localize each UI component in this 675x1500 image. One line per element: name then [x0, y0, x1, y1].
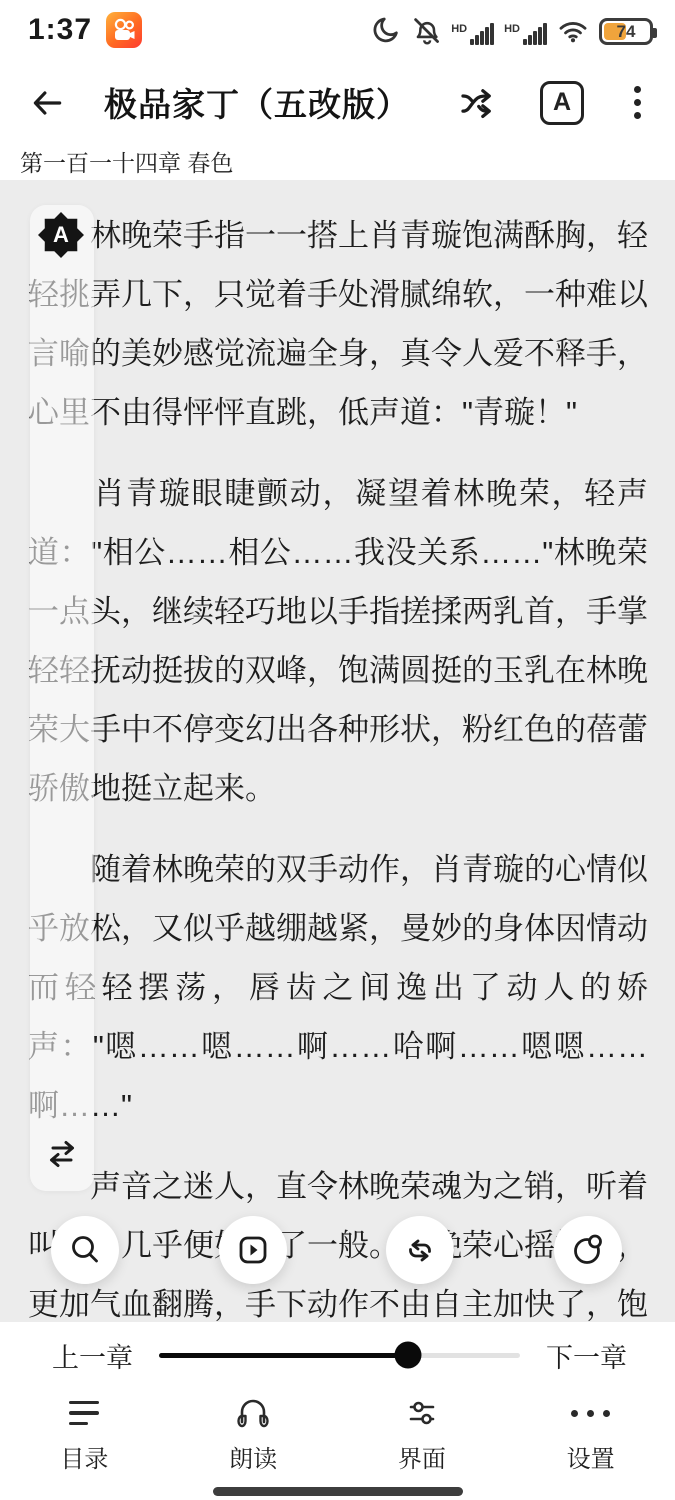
- paragraph: 肖青璇眼睫颤动，凝望着林晚荣，轻声道："相公……相公……我没关系……"林晚荣一点…: [28, 464, 648, 818]
- shuffle-button[interactable]: [456, 82, 498, 124]
- signal-sim2-icon: HD: [504, 23, 547, 45]
- status-bar: 1:37 HD HD: [0, 0, 675, 60]
- badge-letter: A: [38, 212, 84, 258]
- back-arrow-icon: [28, 84, 66, 122]
- clock: 1:37: [28, 13, 92, 47]
- shuffle-icon: [456, 82, 498, 124]
- swap-direction-button[interactable]: [42, 1134, 82, 1174]
- paragraphs: 林晚荣手指一一搭上肖青璇饱满酥胸，轻轻挑弄几下，只觉着手处滑腻绵软，一种难以言喻…: [28, 206, 648, 1322]
- prev-chapter-button[interactable]: 上一章: [52, 1336, 133, 1375]
- nav-item-read-aloud[interactable]: 朗读: [169, 1395, 338, 1474]
- font-a-box-icon: A: [553, 88, 571, 117]
- book-title: 极品家丁（五改版）: [104, 79, 410, 126]
- player-button[interactable]: [219, 1216, 287, 1284]
- player-icon: [233, 1230, 273, 1270]
- reading-area[interactable]: 林晚荣手指一一搭上肖青璇饱满酥胸，轻轻挑弄几下，只觉着手处滑腻绵软，一种难以言喻…: [0, 180, 675, 1322]
- signal-sim1-icon: HD: [451, 23, 494, 45]
- camera-icon: [111, 17, 137, 43]
- chapter-title: 第一百一十四章 春色: [20, 145, 233, 178]
- swap-direction-icon: [42, 1134, 82, 1174]
- next-chapter-button[interactable]: 下一章: [546, 1336, 627, 1375]
- bottom-nav: 目录 朗读: [0, 1395, 675, 1474]
- chapter-navigation: 上一章 下一章: [0, 1322, 675, 1375]
- night-mode-button[interactable]: [554, 1216, 622, 1284]
- side-tool-strip: [30, 205, 94, 1191]
- paragraph: 林晚荣手指一一搭上肖青璇饱满酥胸，轻轻挑弄几下，只觉着手处滑腻绵软，一种难以言喻…: [28, 206, 648, 442]
- back-button[interactable]: [28, 84, 66, 122]
- chapter-slider-thumb[interactable]: [395, 1342, 422, 1369]
- reader-app-screen: 1:37 HD HD: [0, 0, 675, 1500]
- nav-label: 设置: [567, 1439, 615, 1474]
- chapter-progress-slider[interactable]: [159, 1342, 520, 1369]
- reader-badge[interactable]: A: [38, 212, 84, 258]
- battery-icon: 74: [599, 18, 653, 45]
- font-settings-button[interactable]: A: [540, 81, 584, 125]
- bell-muted-icon: [411, 15, 441, 45]
- moon-icon: [371, 15, 401, 45]
- night-mode-icon: [567, 1229, 609, 1271]
- headphones-icon: [235, 1395, 271, 1431]
- app-bar: 极品家丁（五改版） A: [0, 60, 675, 145]
- menu-icon: [69, 1401, 99, 1426]
- kuaishou-app-icon: [106, 12, 142, 48]
- search-icon: [65, 1230, 105, 1270]
- overflow-menu-button[interactable]: [626, 82, 649, 123]
- repeat-button[interactable]: [386, 1216, 454, 1284]
- battery-percent: 74: [617, 22, 636, 42]
- home-indicator[interactable]: [213, 1487, 463, 1496]
- wifi-icon: [557, 15, 589, 45]
- search-button[interactable]: [51, 1216, 119, 1284]
- nav-label: 界面: [398, 1439, 446, 1474]
- repeat-icon: [400, 1230, 440, 1270]
- nav-label: 朗读: [229, 1439, 277, 1474]
- bottom-control-bar: 上一章 下一章 目录 朗读: [0, 1322, 675, 1500]
- chapter-header: 第一百一十四章 春色: [0, 145, 675, 180]
- chapter-slider-fill: [159, 1353, 408, 1358]
- nav-item-settings[interactable]: 设置: [506, 1395, 675, 1474]
- nav-item-interface[interactable]: 界面: [338, 1395, 507, 1474]
- tune-icon: [404, 1395, 440, 1431]
- more-dots-icon: [571, 1410, 610, 1417]
- paragraph: 随着林晚荣的双手动作，肖青璇的心情似乎放松，又似乎越绷越紧，曼妙的身体因情动而轻…: [28, 840, 648, 1135]
- nav-label: 目录: [60, 1439, 108, 1474]
- nav-item-catalog[interactable]: 目录: [0, 1395, 169, 1474]
- status-icons: HD HD 74: [371, 15, 653, 45]
